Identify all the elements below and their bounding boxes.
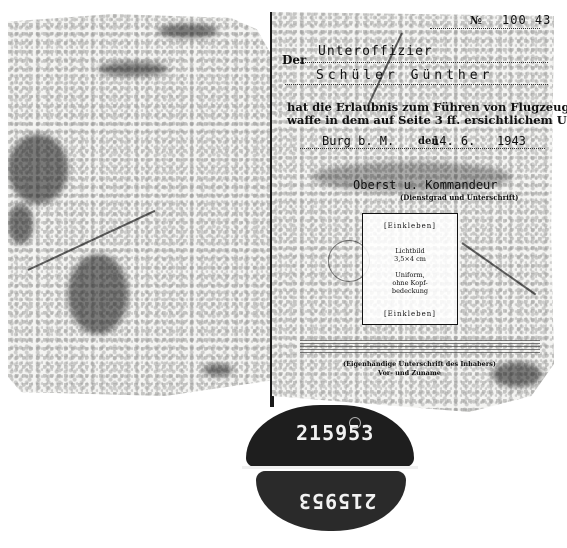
permit-text-line2: waffe in dem auf Seite 3 ff. ersichtlich…: [287, 113, 567, 127]
dotted-line: [300, 148, 545, 149]
place-field: Burg b. M.: [322, 134, 394, 148]
name-field: Schüler Günther: [316, 68, 493, 83]
stain: [158, 24, 218, 38]
stain: [98, 62, 168, 76]
dotted-line: [285, 84, 548, 85]
holder-caption-line2: Vor- und Zuname: [378, 369, 441, 377]
dotted-line: [300, 62, 548, 63]
tag-number-bottom: 215953: [298, 489, 376, 513]
tag-perforation: [242, 466, 418, 469]
identity-tag: 215953 215953: [246, 405, 414, 537]
stain: [492, 362, 542, 387]
left-page: [8, 14, 270, 396]
crease: [461, 242, 536, 295]
signer-field: Oberst u. Kommandeur: [353, 178, 498, 192]
signature-lines: [300, 340, 540, 354]
photo-box: [Einkleben] Lichtbild 3,5×4 cm Uniform, …: [362, 213, 458, 325]
photo-note-line3: bedeckung: [363, 287, 457, 295]
photo-note-line1: Uniform,: [363, 271, 457, 279]
dotted-line: [430, 28, 540, 29]
date-field: 14. 6.: [432, 134, 475, 148]
photo-label: Lichtbild: [363, 247, 457, 255]
stain: [203, 364, 233, 376]
signer-caption: (Dienstgrad und Unterschrift): [400, 193, 518, 202]
stain: [68, 254, 128, 334]
photo-top-label: [Einkleben]: [363, 222, 457, 231]
photo-note-line2: ohne Kopf-: [363, 279, 457, 287]
document-number: 100 43: [502, 13, 551, 27]
der-label: Der: [282, 53, 306, 67]
photo-bottom-label: [Einkleben]: [363, 310, 457, 319]
stain: [8, 134, 68, 204]
stain: [8, 204, 33, 244]
rank-field: Unteroffizier: [318, 44, 433, 59]
year-field: 1943: [497, 134, 526, 148]
tag-number-top: 215953: [296, 421, 374, 445]
photo-size: 3,5×4 cm: [363, 255, 457, 263]
number-label: №: [470, 14, 482, 27]
holder-caption-line1: (Eigenhändige Unterschrift des Inhabers): [343, 360, 496, 368]
permit-text-line1: hat die Erlaubnis zum Führen von Flugzeu…: [287, 100, 567, 114]
